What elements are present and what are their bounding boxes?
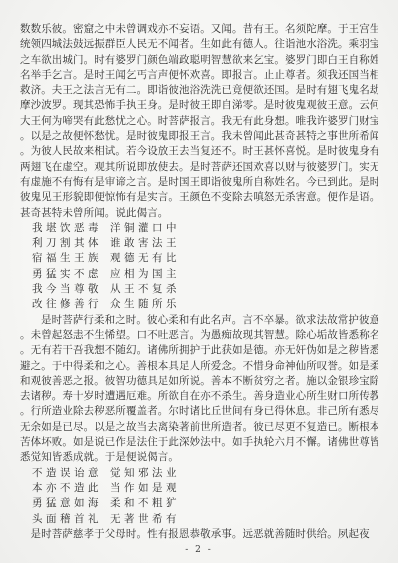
text-line: 。为彼人民故来相试。若今设放王去当复还不。时王甚怀喜悦。是时彼鬼身有	[20, 144, 378, 159]
text-line: 大王何为啼哭有此愁忧之心。时菩萨报言。我无有此身想。唯我许婆罗门财宝	[20, 114, 378, 129]
verse-line: 头面稽首礼无著世希有	[20, 512, 378, 527]
text-line: 。以是之故便怀愁忧。是时彼鬼即报王言。我未曾闻此甚奇甚特之事世所希闻	[20, 129, 378, 144]
verse-line: 勇猛意如海柔和不粗犷	[20, 496, 378, 511]
text-column: 数数乐彼。密窟之中未曾调戏亦不妄语。又闻。昔有王。名须陀摩。于王宫生统领四城法鼓…	[20, 22, 378, 542]
verse-line: 宿福生王族观德无有比	[20, 251, 378, 266]
text-line: 无余如是已尽。以是之故当去离染著前世所造者。彼已尽更不复造已。断根本	[20, 420, 378, 435]
verse-right-hemistich: 从王不复杀	[110, 283, 180, 295]
verse-right-hemistich: 当作如是观	[110, 482, 180, 494]
verse-right-hemistich: 觉知邪法业	[110, 467, 180, 479]
text-line: 是时菩萨行柔和之时。彼心柔和有此名声。言不卒暴。欲求法故常护彼意	[20, 313, 378, 328]
verse-right-hemistich: 洋铜灌口中	[110, 222, 180, 234]
text-line: 。未曾起怒恚不生悕望。口不吐恶言。为愚痴故现其智慧。除心垢故皆悉称名	[20, 328, 378, 343]
text-line: 救济。夫王之法言无有二。即诣彼池浴洗洗已竟便欲还国。是时有翅飞鬼名劫	[20, 83, 378, 98]
verse-line: 勇猛实不虑应相为国主	[20, 267, 378, 282]
verse-left-hemistich: 利刀割其体	[32, 236, 102, 251]
verse-left-hemistich: 勇猛意如海	[32, 496, 102, 511]
sutra-page: 数数乐彼。密窟之中未曾调戏亦不妄语。又闻。昔有王。名须陀摩。于王宫生统领四城法鼓…	[0, 0, 398, 563]
verse-right-hemistich: 观德无有比	[110, 252, 180, 264]
text-line: 是时菩萨慈孝于父母时。性有报恩恭敬承事。远恶就善随时供给。夙起夜	[20, 527, 378, 542]
verse-right-hemistich: 无著世希有	[110, 513, 180, 525]
verse-line: 利刀割其体谁敢害法王	[20, 236, 378, 251]
text-line: 两翅飞在虚空。观其所说即放使去。是时菩萨还国欢喜以财与彼婆罗门。实无	[20, 160, 378, 175]
text-line: 甚奇甚特未曾所闻。说此偈言。	[20, 206, 378, 221]
verse-left-hemistich: 不造误诒意	[32, 466, 102, 481]
text-line: 避之。于中得柔和之心。善根本具足人所爱念。不惜身命神仙所叹誉。如是柔	[20, 359, 378, 374]
verse-left-hemistich: 改往修善行	[32, 297, 102, 312]
verse-right-hemistich: 柔和不粗犷	[110, 497, 180, 509]
verse-left-hemistich: 我今当尊敬	[32, 282, 102, 297]
text-line: 。行所造业除去秽恶所覆盖者。尔时诸比丘世间有身已得休息。非己所有悉尽	[20, 404, 378, 419]
text-line: 去诸秽。寿十岁时遭遇厄难。所欲自在亦不杀生。善身造业心所生财口所传教	[20, 389, 378, 404]
verse-line: 不造误诒意觉知邪法业	[20, 466, 378, 481]
verse-left-hemistich: 头面稽首礼	[32, 512, 102, 527]
text-line: 和观彼善恶之报。彼智功德具足如所说。善本不断贫穷之者。施以金银珍宝除	[20, 374, 378, 389]
verse-line: 我堪饮恶毒洋铜灌口中	[20, 221, 378, 236]
text-line: 彼鬼见王形貌即便惊怖有是实言。王颜色不变除去嗔怒无杀害意。便作是语。	[20, 190, 378, 205]
verse-left-hemistich: 勇猛实不虑	[32, 267, 102, 282]
verse-left-hemistich: 我堪饮恶毒	[32, 221, 102, 236]
verse-right-hemistich: 众生随所乐	[110, 298, 180, 310]
verse-right-hemistich: 谁敢害法王	[110, 237, 180, 249]
verse-left-hemistich: 本亦不造此	[32, 481, 102, 496]
text-line: 统领四城法鼓远振群臣人民无不闻者。生如此有德人。往诣池水浴洗。乘羽宝	[20, 37, 378, 52]
verse-right-hemistich: 应相为国主	[110, 268, 180, 280]
verse-left-hemistich: 宿福生王族	[32, 251, 102, 266]
verse-line: 本亦不造此当作如是观	[20, 481, 378, 496]
verse-line: 改往修善行众生随所乐	[20, 297, 378, 312]
verse-line: 我今当尊敬从王不复杀	[20, 282, 378, 297]
text-line: 有虚施不有悔有是审谛之言。是时国王即诣彼鬼所自称姓名。今已到此。是时	[20, 175, 378, 190]
text-line: 悉觉知皆悉成就。于是便说偈言。	[20, 450, 378, 465]
text-line: 摩沙波罗。现其恐怖手执王身。是时彼王即自涕零。是时彼鬼观彼王意。云何	[20, 98, 378, 113]
text-line: 苦体坏败。如是说已作是法住于此深妙法中。如手执轮六月不懈。诸佛世尊皆	[20, 435, 378, 450]
text-line: 名举手乞言。是时王闻乞丐言声便怀欢喜。即报言。止止尊者。须我还国当相	[20, 68, 378, 83]
page-number: - 2 -	[20, 544, 378, 556]
text-line: 数数乐彼。密窟之中未曾调戏亦不妄语。又闻。昔有王。名须陀摩。于王宫生	[20, 22, 378, 37]
text-line: 。无有若干吾我想不随幻。诸佛所拥护于此获如是德。亦无奸伪如是之秽皆悉	[20, 343, 378, 358]
text-line: 之车欲出城门。时有婆罗门颜色端政聪明智慧欲来乞宝。婆罗门即白王自称姓	[20, 53, 378, 68]
